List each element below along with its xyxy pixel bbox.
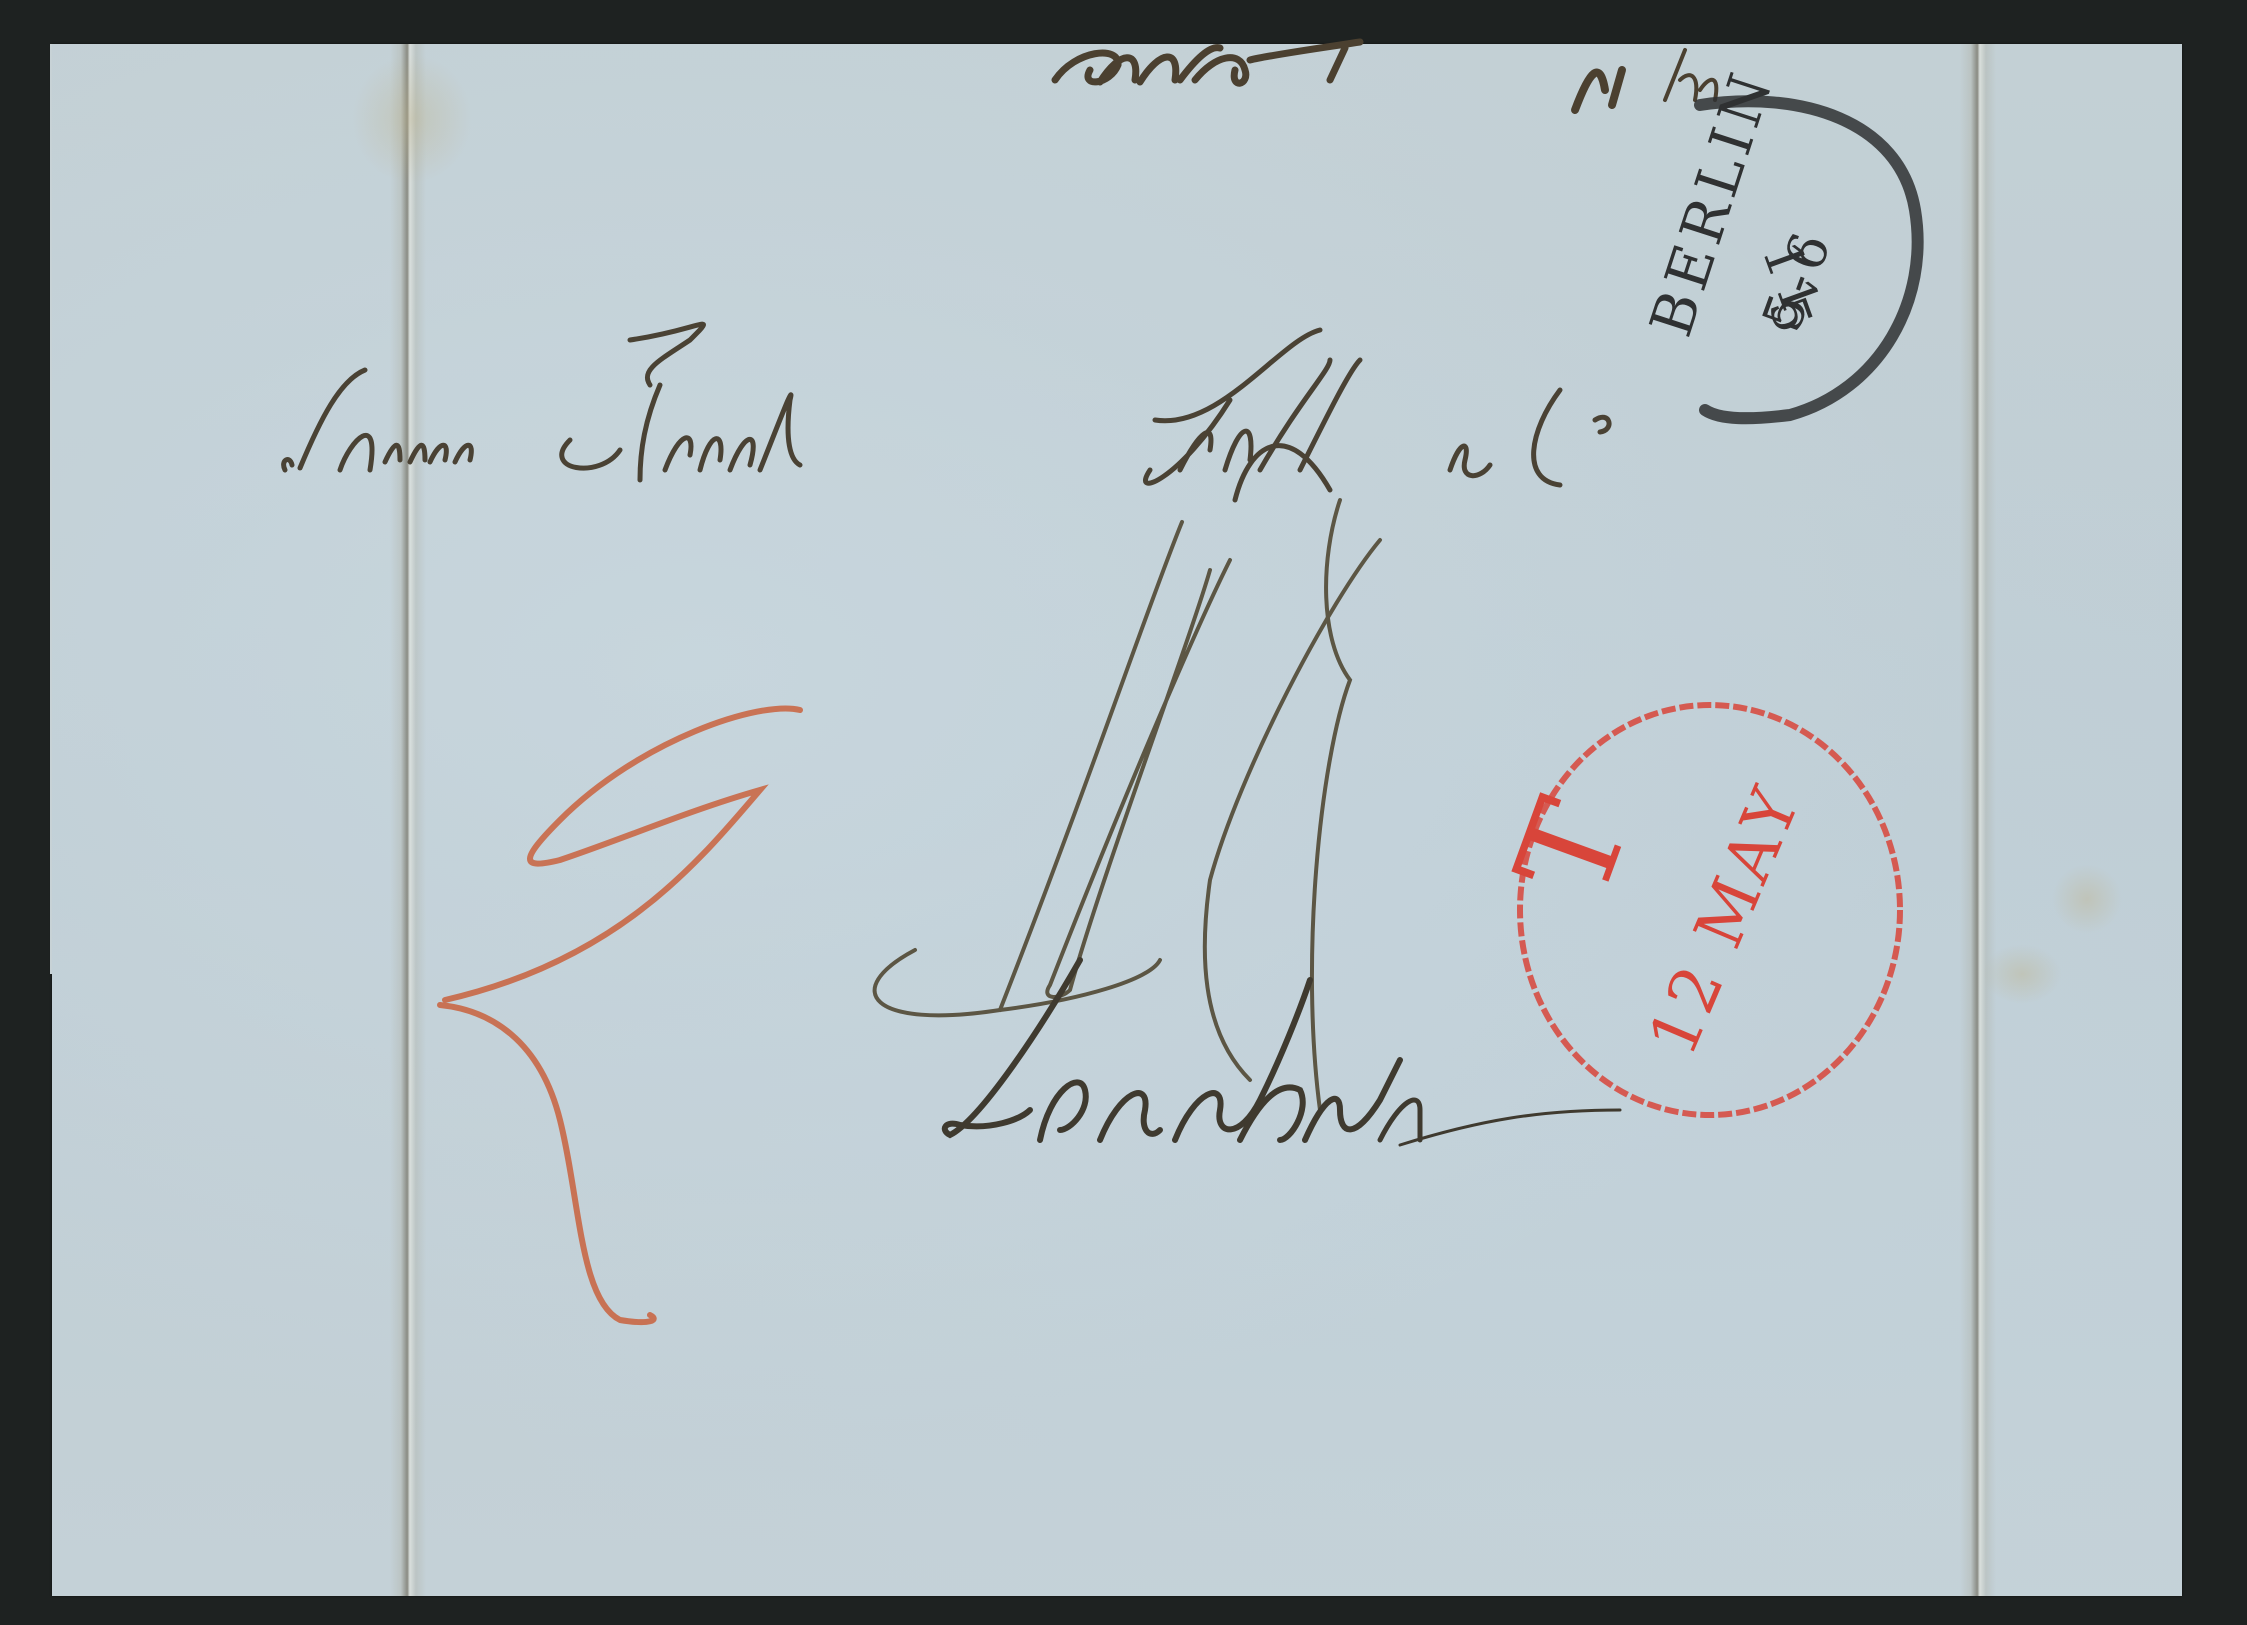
address-city-handwriting: [945, 960, 1620, 1145]
red-crayon-rate: [440, 708, 800, 1322]
berlin-postmark: BERLIN 11 5 5-6: [1637, 60, 1918, 418]
berlin-time-line: 5-6: [1750, 219, 1845, 339]
london-receiving-postmark: T 12 MAY: [1486, 705, 1900, 1115]
docket-handwriting: [1055, 42, 1716, 110]
manuscript-rate-18: [875, 500, 1380, 1110]
address-line-handwriting: [284, 324, 1609, 500]
london-t-letter: T: [1486, 782, 1658, 915]
london-date: 12 MAY: [1634, 774, 1816, 1067]
ink-markings: BERLIN 11 5 5-6 T 12 MAY: [0, 0, 2247, 1625]
